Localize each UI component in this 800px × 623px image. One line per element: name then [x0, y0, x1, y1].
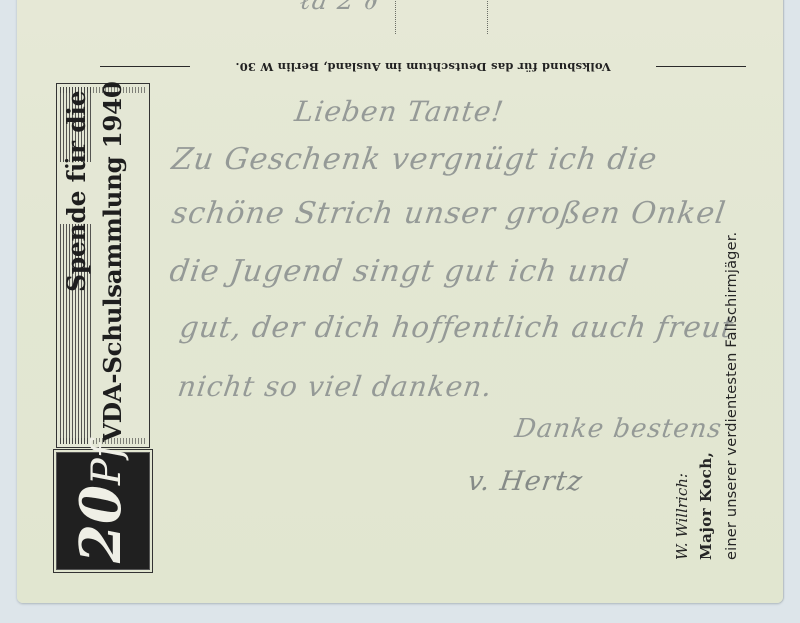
caption-title: Major Koch,: [697, 452, 715, 560]
caption-subtitle: einer unserer verdientesten Fallschirmjä…: [724, 232, 740, 560]
stamp-value-unit: Pf: [84, 443, 130, 485]
address-divider-dotted-line: [395, 0, 396, 34]
publisher-text: Volksbund für das Deutschtum im Ausland,…: [202, 60, 644, 74]
address-divider-dotted-line: [487, 0, 488, 34]
header-rule-right: [100, 67, 190, 68]
header-rule-left: [656, 67, 746, 68]
stamp-value-number: 20: [68, 485, 134, 563]
handwriting-salutation: Lieben Tante!: [293, 95, 506, 128]
handwriting-top-fragment: ℓa 2 ∂: [298, 0, 381, 16]
handwriting-line: Zu Geschenk vergnügt ich die: [170, 142, 660, 177]
handwriting-line: die Jugend singt gut ich und: [168, 254, 632, 289]
caption-artist: W. Willrich:: [673, 473, 691, 560]
handwriting-signature: v. Hertz: [466, 466, 585, 497]
printed-publisher-line: Volksbund für das Deutschtum im Ausland,…: [100, 59, 746, 75]
handwriting-line: schöne Strich unser großen Onkel: [170, 196, 729, 231]
handwriting-line: nicht so viel danken.: [176, 370, 495, 403]
stamp-value: 20Pf: [73, 443, 129, 563]
stamp-value-box: 20Pf: [56, 452, 150, 570]
handwriting-line: gut, der dich hoffentlich auch freut: [178, 310, 737, 344]
handwriting-closing: Danke bestens: [513, 414, 724, 444]
